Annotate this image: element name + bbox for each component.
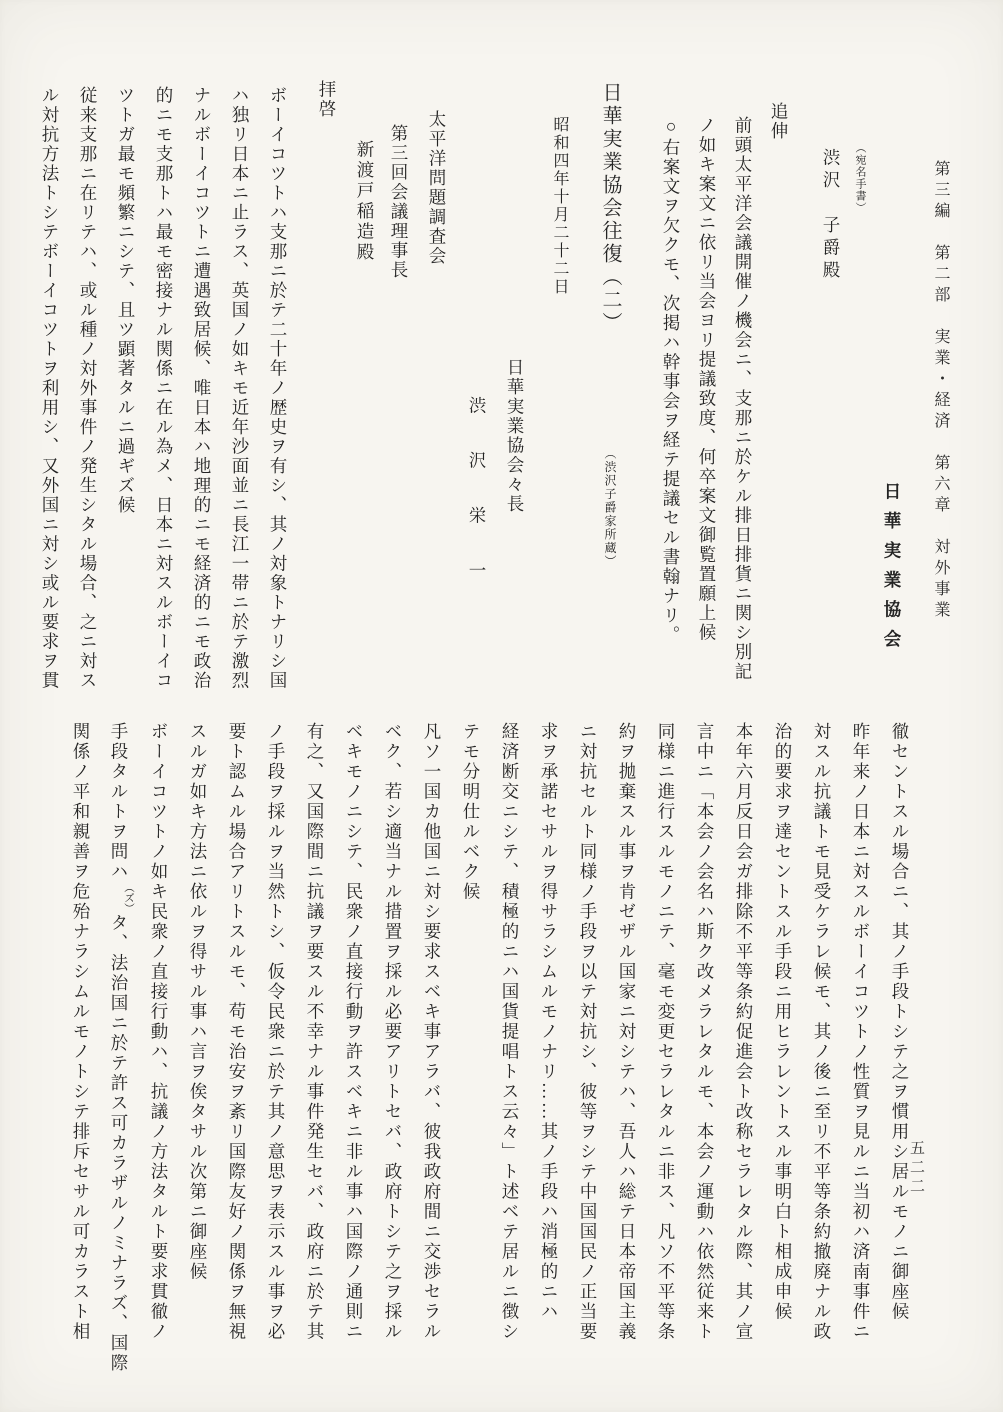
- body-line: ノ手段ヲ採ルヲ当然トシ、仮令民衆ニ於テ其ノ意思ヲ表示スル事ヲ必: [256, 712, 295, 1372]
- body-line: 求ヲ承諾セサルヲ得サラシムルモノナリ……其ノ手段ハ消極的ニハ: [529, 712, 568, 1372]
- salutation: 拝啓: [307, 78, 345, 738]
- source-note: （渋沢子爵家所蔵）: [603, 447, 617, 569]
- body-line: 本年六月反日会ガ排除不平等条約促進会ト改称セラレタル際、其ノ宣: [724, 712, 763, 1372]
- document-title-column: 日華実業協会往復（二）（渋沢子爵家所蔵）: [587, 78, 633, 738]
- gloss-note: （ズ）: [123, 882, 134, 914]
- postscript-line: 前頭太平洋会議開催ノ機会ニ、支那ニ於ケル排日排貨ニ関シ別記: [725, 78, 761, 738]
- column-gap: [610, 335, 611, 447]
- sender-title: 日華実業協会々長: [495, 78, 533, 738]
- body-line: 言中ニ「本会ノ会名ハ斯ク改メラレタルモ、本会ノ運動ハ依然従来ト: [685, 712, 724, 1372]
- document-date: 昭和四年十月二十二日: [543, 78, 577, 738]
- body-line: 有之、又国際間ニ抗議ヲ要スル不幸ナル事件発生セバ、政府ニ於テ其: [295, 712, 334, 1372]
- body-line: ツトガ最モ頻繁ニシテ、且ツ顕著タルニ過ギズ候: [107, 78, 145, 738]
- edition-header: 第三編 第二部 実業・経済 第六章 対外事業: [919, 78, 961, 738]
- editor-note: ○右案文ヲ欠クモ、次掲ハ幹事会ヲ経テ提議セル書翰ナリ。: [653, 78, 689, 738]
- body-line: 約ヲ拋棄スル事ヲ肯ゼザル国家ニ対シテハ、吾人ハ総テ日本帝国主義: [607, 712, 646, 1372]
- sender-signature: 渋 沢 栄 一: [455, 78, 495, 738]
- body-line: 同様ニ進行スルモノニテ、毫モ変更セラレタルニ非ス、凡ソ不平等条: [646, 712, 685, 1372]
- upper-text-block: 第三編 第二部 実業・経済 第六章 対外事業 日華実業協会 （宛名手書） 渋沢 …: [31, 78, 961, 738]
- body-line: ベク、若シ適当ナル措置ヲ採ル必要アリトセバ、政府トシテ之ヲ採ル: [373, 712, 412, 1372]
- body-line: 凡ソ一国カ他国ニ対シ要求スベキ事アラバ、彼我政府間ニ交渉セラル: [412, 712, 451, 1372]
- document-title: 日華実業協会往復（二）: [599, 82, 621, 335]
- body-line: 要ト認ムル場合アリトスルモ、苟モ治安ヲ紊リ国際友好ノ関係ヲ無視: [217, 712, 256, 1372]
- body-line: ボーイコツトハ支那ニ於テ二十年ノ歴史ヲ有シ、其ノ対象トナリシ国: [259, 78, 297, 738]
- addressee-note: （宛名手書）: [849, 78, 871, 738]
- body-line-pre: 手段タルトヲ問ハ: [109, 722, 129, 882]
- body-line: ベキモノニシテ、民衆ノ直接行動ヲ許スベキニ非ル事ハ国際ノ通則ニ: [334, 712, 373, 1372]
- body-line: スルガ如キ方法ニ依ルヲ得サル事ハ言ヲ俟タサル次第ニ御座候: [178, 712, 217, 1372]
- postscript-line: ノ如キ案文ニ依リ当会ヨリ提議致度、何卒案文御覧置願上候: [689, 78, 725, 738]
- body-line: 対スル抗議トモ見受ケラレ候モ、其ノ後ニ至リ不平等条約撤廃ナル政: [802, 712, 841, 1372]
- section-label: 日華実業協会: [871, 78, 913, 738]
- body-line: 治的要求ヲ達セントスル手段ニ用ヒラレントスル事明白ト相成申候: [763, 712, 802, 1372]
- recipient-name: 新渡戸稲造殿: [345, 78, 383, 738]
- body-line: ナルボーイコツトニ遭遇致居候、唯日本ハ地理的ニモ経済的ニモ政治: [183, 78, 221, 738]
- body-line: 関係ノ平和親善ヲ危殆ナラシムルモノトシテ排斥セサル可カラスト相: [61, 712, 100, 1372]
- body-line: ハ独リ日本ニ止ラス、英国ノ如キモ近年沙面並ニ長江一帯ニ於テ激烈: [221, 78, 259, 738]
- body-line: 的ニモ支那トハ最モ密接ナル関係ニ在ル為メ、日本ニ対スルボーイコ: [145, 78, 183, 738]
- page-number: 五二二: [906, 1140, 927, 1197]
- body-line: ニ対抗セルト同様ノ手段ヲ以テ対抗シ、彼等ヲシテ中国国民ノ正当要: [568, 712, 607, 1372]
- body-line: ル対抗方法トシテボーイコツトヲ利用シ、又外国ニ対シ或ル要求ヲ貫: [31, 78, 69, 738]
- body-line: 従来支那ニ在リテハ、或ル種ノ対外事件ノ発生シタル場合、之ニ対ス: [69, 78, 107, 738]
- body-line: テモ分明仕ルベク候: [451, 712, 490, 1372]
- postscript-label: 追伸: [761, 78, 797, 738]
- body-line: 徹セントスル場合ニ、其ノ手段トシテ之ヲ慣用シ居ルモノニ御座候: [880, 712, 919, 1372]
- recipient-title: 第三回会議理事長: [383, 78, 417, 738]
- lower-text-block: 徹セントスル場合ニ、其ノ手段トシテ之ヲ慣用シ居ルモノニ御座候 昨年来ノ日本ニ対ス…: [61, 712, 919, 1372]
- body-line-with-gloss: 手段タルトヲ問ハ（ズ）タ、法治国ニ於テ許ス可カラザルノミナラズ、国際: [100, 712, 139, 1372]
- body-line-post: タ、法治国ニ於テ許ス可カラザルノミナラズ、国際: [109, 914, 129, 1374]
- body-line: ボーイコツトノ如キ民衆ノ直接行動ハ、抗議ノ方法タルト要求貫徹ノ: [139, 712, 178, 1372]
- recipient-org: 太平洋問題調査会: [417, 78, 455, 738]
- body-line: 経済断交ニシテ、積極的ニハ国貨提唱トス云々」ト述ベテ居ルニ徴シ: [490, 712, 529, 1372]
- book-page: 第三編 第二部 実業・経済 第六章 対外事業 日華実業協会 （宛名手書） 渋沢 …: [0, 0, 1003, 1412]
- addressee-name: 渋沢 子爵殿: [815, 78, 849, 738]
- body-line: 昨年来ノ日本ニ対スルボーイコツトノ性質ヲ見ルニ当初ハ済南事件ニ: [841, 712, 880, 1372]
